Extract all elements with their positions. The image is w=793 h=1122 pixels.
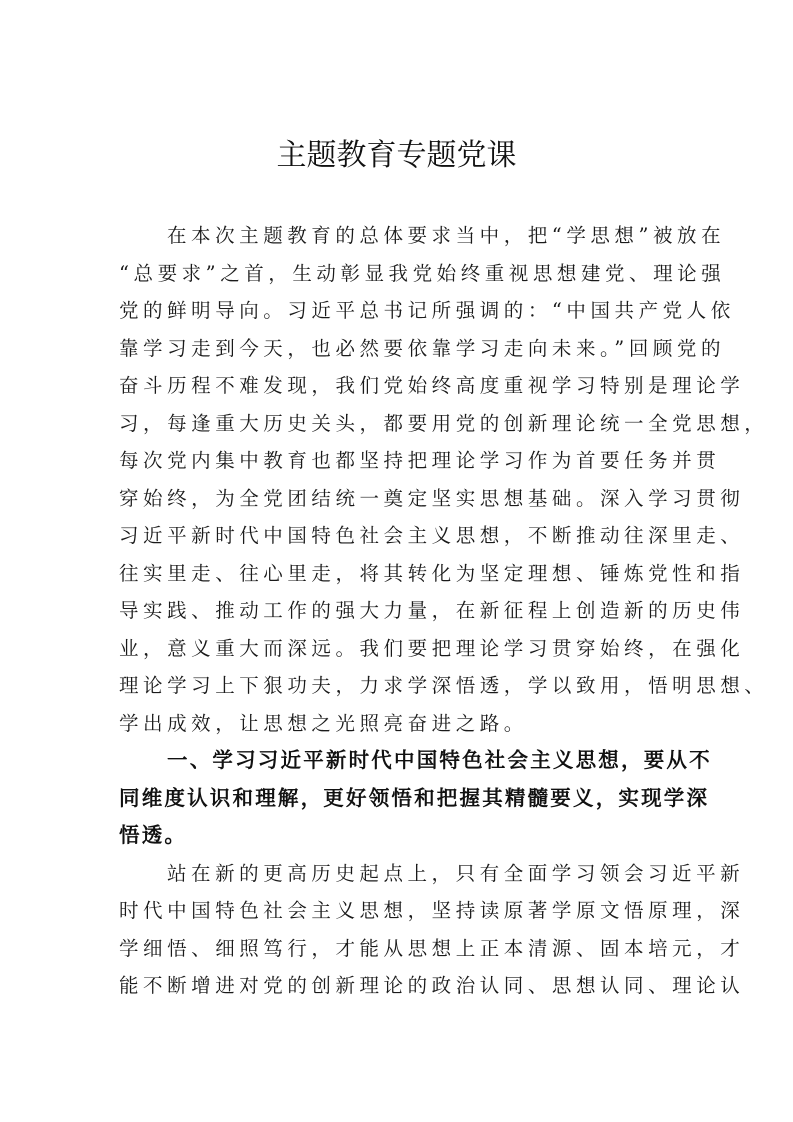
document-body: 在本次主题教育的总体要求当中，把“学思想”被放在 “总要求”之首，生动彰显我党始… bbox=[119, 217, 679, 1005]
paragraph-1-line-11: 导实践、推动工作的强大力量，在新征程上创造新的历史伟 bbox=[119, 592, 679, 630]
paragraph-1-line-9: 习近平新时代中国特色社会主义思想，不断推动往深里走、 bbox=[119, 517, 679, 555]
paragraph-1-line-14: 学出成效，让思想之光照亮奋进之路。 bbox=[119, 705, 679, 743]
document-title: 主题教育专题党课 bbox=[0, 136, 793, 176]
paragraph-2-line-1: 站在新的更高历史起点上，只有全面学习领会习近平新 bbox=[119, 855, 679, 893]
paragraph-1-line-2: “总要求”之首，生动彰显我党始终重视思想建党、理论强 bbox=[119, 255, 679, 293]
paragraph-1-line-10: 往实里走、往心里走，将其转化为坚定理想、锤炼党性和指 bbox=[119, 555, 679, 593]
paragraph-2-line-3: 学细悟、细照笃行，才能从思想上正本清源、固本培元，才 bbox=[119, 930, 679, 968]
section-heading-line-1: 一、学习习近平新时代中国特色社会主义思想，要从不 bbox=[119, 742, 679, 780]
paragraph-1-line-4: 靠学习走到今天，也必然要依靠学习走向未来。”回顾党的 bbox=[119, 330, 679, 368]
paragraph-1-line-12: 业，意义重大而深远。我们要把理论学习贯穿始终，在强化 bbox=[119, 630, 679, 668]
paragraph-1-line-8: 穿始终，为全党团结统一奠定坚实思想基础。深入学习贯彻 bbox=[119, 480, 679, 518]
document-page: 主题教育专题党课 在本次主题教育的总体要求当中，把“学思想”被放在 “总要求”之… bbox=[0, 0, 793, 1122]
paragraph-1-line-5: 奋斗历程不难发现，我们党始终高度重视学习特别是理论学 bbox=[119, 367, 679, 405]
paragraph-2-line-4: 能不断增进对党的创新理论的政治认同、思想认同、理论认 bbox=[119, 967, 679, 1005]
paragraph-1-line-13: 理论学习上下狠功夫，力求学深悟透，学以致用，悟明思想、 bbox=[119, 667, 679, 705]
paragraph-1-line-3: 党的鲜明导向。习近平总书记所强调的：“中国共产党人依 bbox=[119, 292, 679, 330]
paragraph-1-line-1: 在本次主题教育的总体要求当中，把“学思想”被放在 bbox=[119, 217, 679, 255]
section-heading-line-3: 悟透。 bbox=[119, 817, 679, 855]
paragraph-1-line-7: 每次党内集中教育也都坚持把理论学习作为首要任务并贯 bbox=[119, 442, 679, 480]
paragraph-2-line-2: 时代中国特色社会主义思想，坚持读原著学原文悟原理，深 bbox=[119, 892, 679, 930]
section-heading-line-2: 同维度认识和理解，更好领悟和把握其精髓要义，实现学深 bbox=[119, 780, 679, 818]
paragraph-1-line-6: 习，每逢重大历史关头，都要用党的创新理论统一全党思想， bbox=[119, 405, 679, 443]
